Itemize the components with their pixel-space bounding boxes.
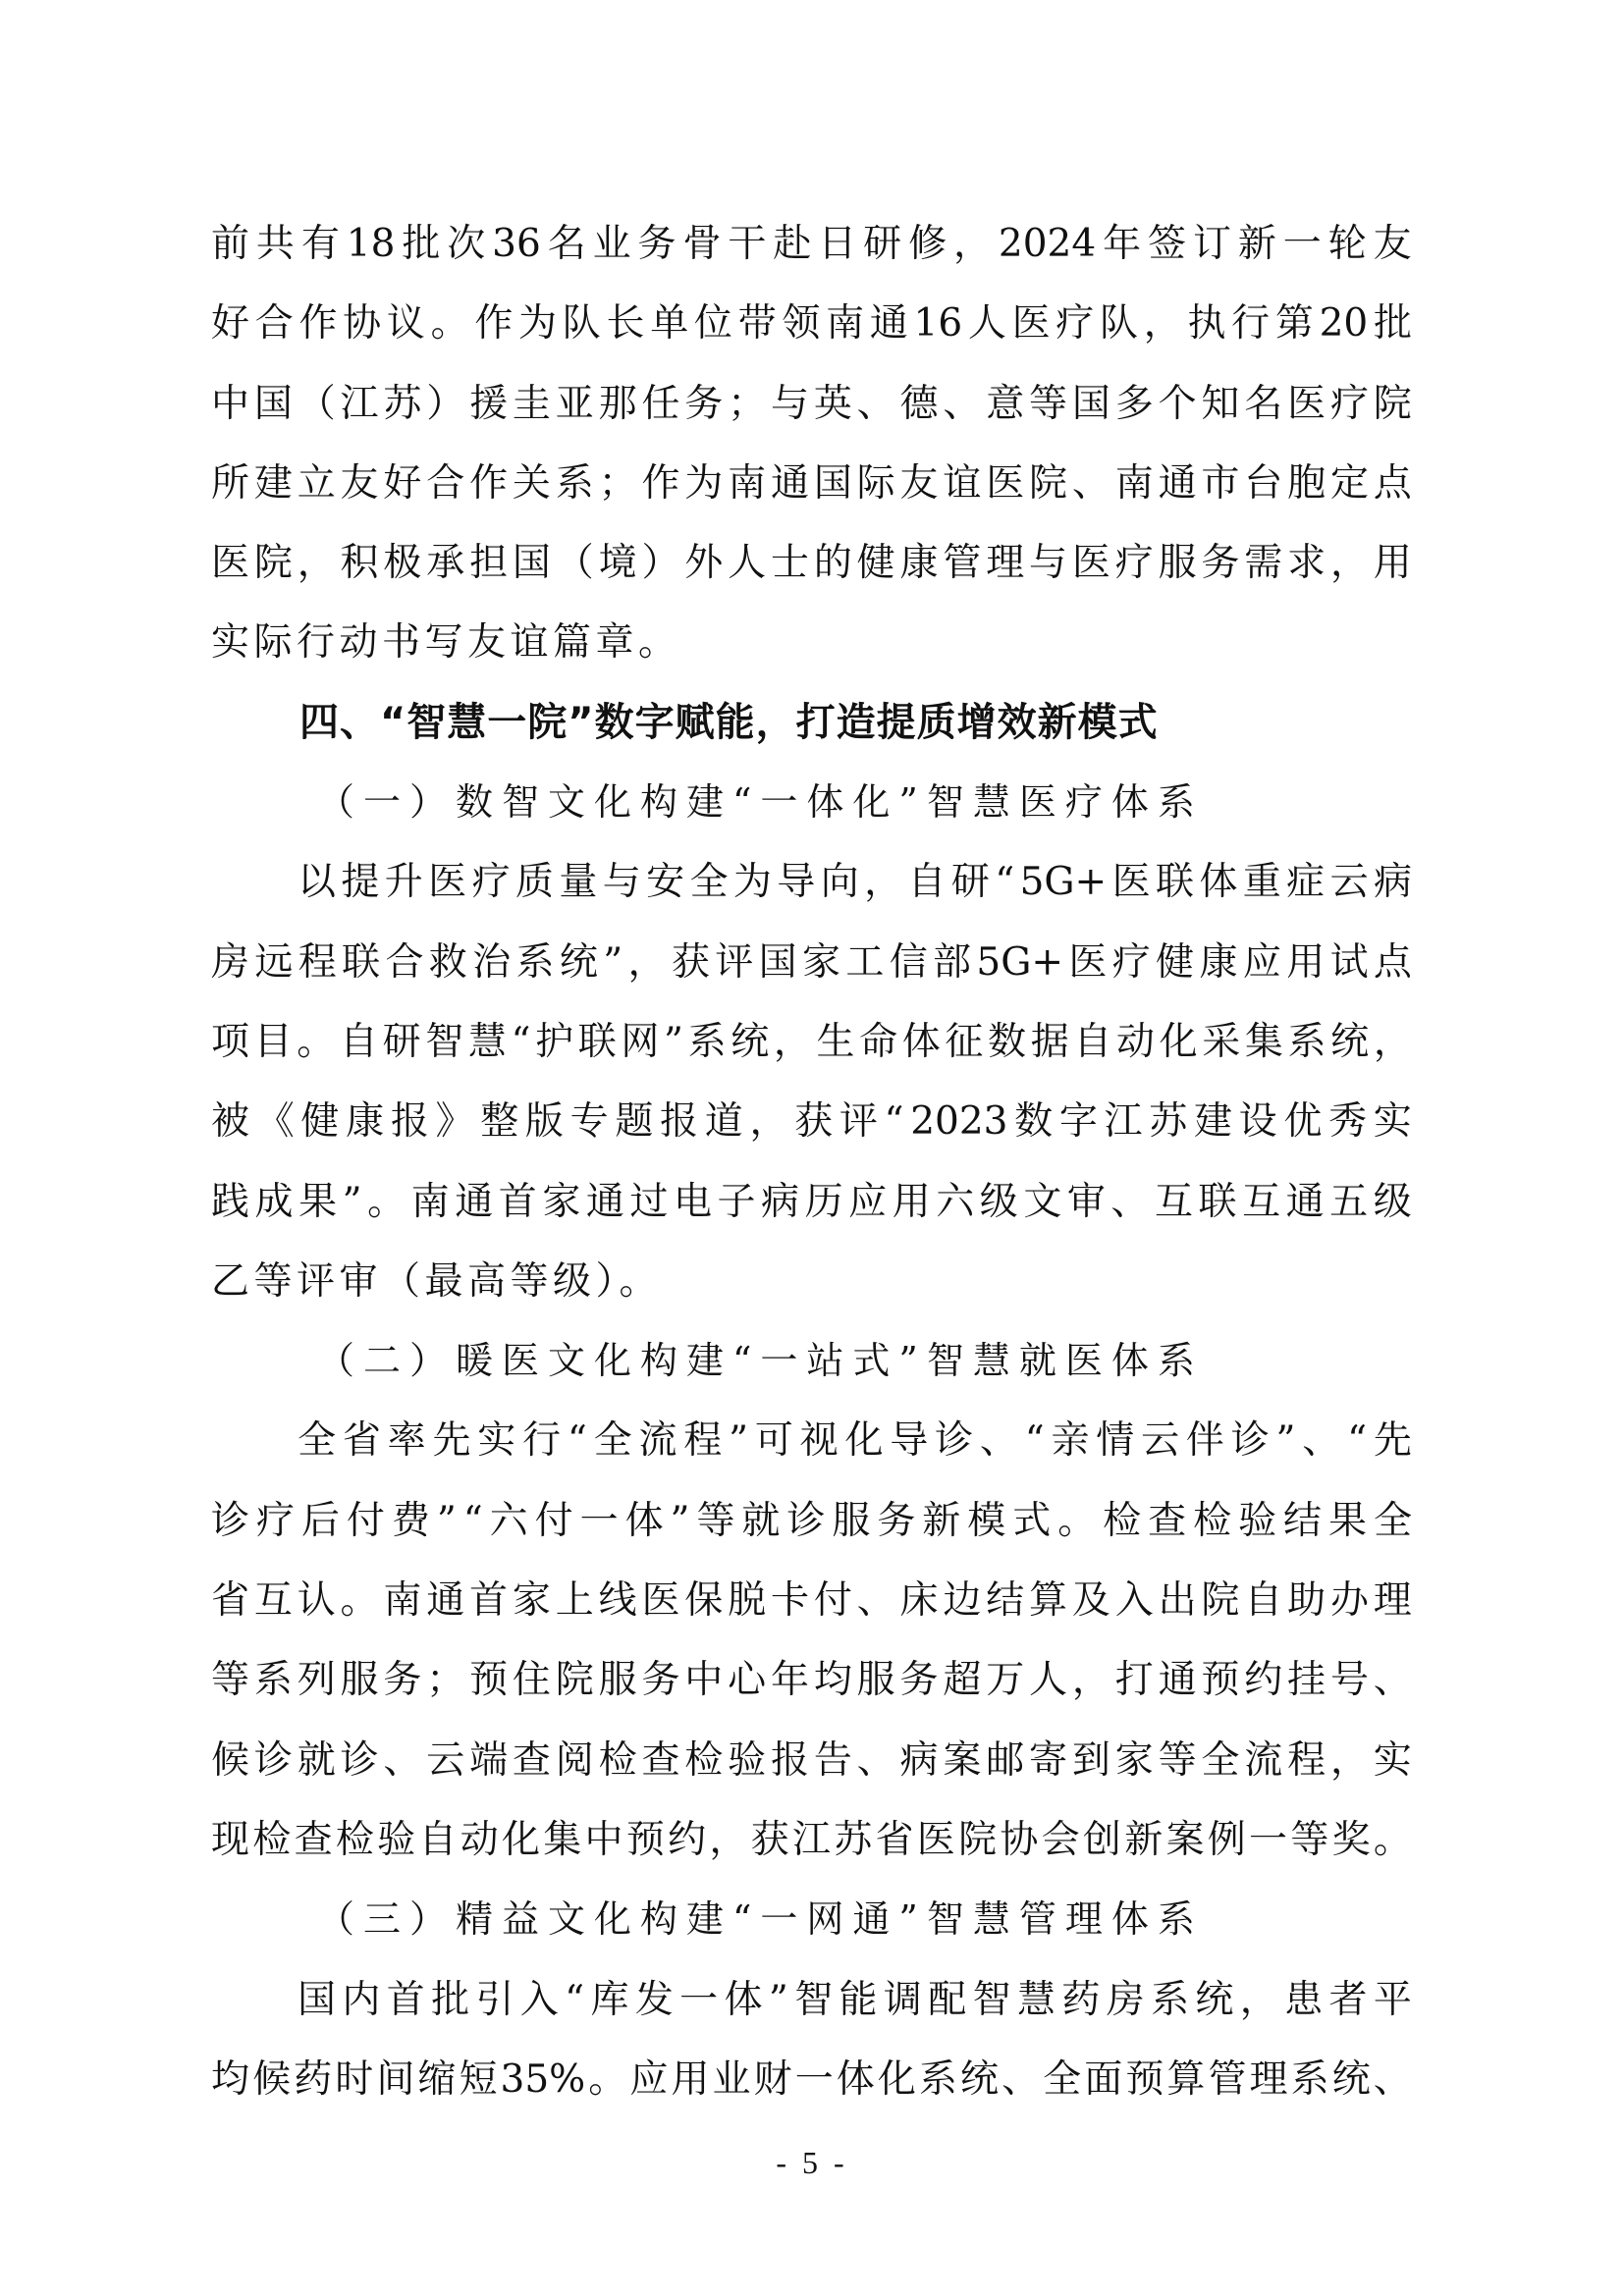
glyph: 《 [256,1082,295,1161]
glyph: 间 [376,2040,414,2119]
glyph: 优 [1283,1082,1322,1161]
glyph: 项 [211,1002,249,1082]
glyph: 研 [383,1002,421,1082]
glyph: 通 [1159,1640,1197,1720]
glyph: 房 [1107,1960,1145,2040]
glyph: 者 [1329,1960,1368,2040]
glyph: 云 [426,1721,464,1800]
glyph: 一 [1249,1800,1287,1880]
glyph: 新 [1124,1800,1163,1880]
glyph: 模 [967,1481,1005,1561]
glyph: 网 [621,1002,659,1082]
glyph: 程 [298,923,337,1002]
glyph: 均 [814,1640,852,1720]
glyph: ” [671,1481,690,1561]
glyph: 症 [1286,842,1325,922]
glyph: 关 [513,444,551,523]
glyph: 评 [715,923,753,1002]
glyph: 、 [857,1721,895,1800]
glyph: 化 [502,1800,540,1880]
glyph: 系 [516,923,555,1002]
glyph: ， [1144,284,1182,363]
glyph: ， [628,923,667,1002]
glyph: 预 [626,1800,665,1880]
glyph: ； [728,364,766,444]
glyph: 建 [254,444,293,523]
glyph: 体 [625,1481,664,1561]
glyph: 题 [615,1082,653,1161]
glyph: 出 [1159,1561,1197,1640]
glyph: ” [343,1162,362,1242]
glyph: 式 [1012,1481,1051,1561]
glyph: 实 [1374,1082,1412,1161]
glyph: 人 [968,284,1006,363]
glyph: 预 [1201,1640,1239,1720]
glyph: 系 [556,444,594,523]
glyph: 阅 [556,1721,594,1800]
paragraph-line: 诊疗后付费”“六付一体”等就诊服务新模式。检查检验结果全 [211,1481,1412,1561]
glyph: 成 [255,1162,294,1242]
glyph: 外 [684,523,723,603]
glyph: 所 [211,444,249,523]
glyph: 秀 [1328,1082,1367,1161]
glyph: 算 [1166,2040,1205,2119]
glyph: 理 [1374,1561,1412,1640]
glyph: 统 [1330,1002,1369,1082]
glyph: 作 [298,284,337,363]
glyph: 疗 [256,1481,295,1561]
glyph: 设 [1239,1082,1277,1161]
glyph: 质 [515,842,554,922]
glyph: 任 [641,364,679,444]
glyph: 作 [474,284,513,363]
glyph: “ [1025,1401,1045,1480]
glyph: 务 [877,1481,915,1561]
glyph: 用 [893,1162,931,1242]
glyph: 队 [1100,284,1138,363]
glyph: 康 [900,523,939,603]
glyph: 入 [1115,1561,1154,1640]
glyph: 边 [943,1561,981,1640]
glyph: 点 [1374,923,1412,1002]
glyph: 智 [425,1002,463,1082]
glyph: 六 [490,1481,528,1561]
glyph: 获 [794,1082,833,1161]
glyph: 、 [1110,1162,1149,1242]
glyph: 务 [638,204,677,284]
glyph: 系 [919,2040,957,2119]
glyph: 立 [298,444,336,523]
glyph: 新 [922,1481,960,1561]
glyph: 付 [535,1481,573,1561]
glyph: 行 [522,1401,561,1480]
glyph: 自 [907,842,946,922]
glyph: 队 [563,284,601,363]
glyph: 骨 [682,204,721,284]
glyph: 发 [635,1960,674,2040]
glyph: 疗 [472,842,511,922]
paragraph-line: 实际行动书写友谊篇章。 [211,603,1412,682]
glyph: 名 [1244,364,1282,444]
glyph: 上 [556,1561,594,1640]
glyph: 全 [690,842,729,922]
glyph: 省 [343,1401,381,1480]
glyph: 生 [816,1002,854,1082]
glyph: 会 [1042,1800,1080,1880]
glyph: 系 [1291,2040,1329,2119]
glyph: 理 [1250,2040,1288,2119]
glyph: 结 [1283,1481,1322,1561]
glyph: 查 [641,1721,679,1800]
glyph: 查 [513,1721,551,1800]
glyph: 级 [1374,1162,1412,1242]
glyph: ） [641,523,679,603]
glyph: 执 [1187,284,1225,363]
glyph: 统 [1195,1960,1233,2040]
glyph: 个 [1159,364,1197,444]
glyph: 以 [298,842,336,922]
glyph: 心 [728,1640,766,1720]
glyph: 自 [1073,1002,1111,1082]
glyph: 等 [1159,1721,1197,1800]
glyph: 化 [844,1401,883,1480]
glyph: 。 [1374,1800,1412,1880]
glyph: ” [769,1960,788,2040]
glyph: 第 [1275,284,1314,363]
glyph: 研 [951,842,990,922]
glyph: 系 [1151,1960,1189,2040]
glyph: （ [556,523,594,603]
glyph: 程 [1287,1721,1326,1800]
glyph: 应 [629,2040,668,2119]
glyph: 人 [728,523,766,603]
glyph: 轮 [1328,204,1367,284]
glyph: 自 [1244,1561,1282,1640]
glyph: 国 [759,923,797,1002]
glyph: 订 [1193,204,1231,284]
glyph: 药 [1061,1960,1100,2040]
glyph: 医 [1068,923,1107,1002]
glyph: 国 [1072,364,1110,444]
glyph: 服 [832,1481,870,1561]
glyph: 需 [1244,523,1282,603]
glyph: 动 [1116,1002,1155,1082]
paragraph-line: 现检查检验自动化集中预约，获江苏省医院协会创新案例一等奖。 [211,1800,1412,1880]
glyph: 案 [943,1721,981,1800]
glyph: 调 [884,1960,922,2040]
paragraph-line: 项目。自研智慧“护联网”系统，生命体征数据自动化采集系统， [211,1002,1412,1082]
glyph: 医 [1287,364,1326,444]
glyph: ， [953,204,992,284]
glyph: 报 [660,1082,698,1161]
glyph: 16 [914,284,963,363]
glyph: 医 [428,842,466,922]
glyph: 5G+ [976,923,1063,1002]
glyph: 查 [1148,1481,1186,1561]
glyph: 过 [629,1162,668,1242]
glyph: 一 [795,2040,834,2119]
glyph: 提 [341,842,379,922]
glyph: 诊 [254,1721,293,1800]
glyph: 。 [297,1002,335,1082]
glyph: 业 [593,204,631,284]
glyph: 建 [1194,1082,1232,1161]
glyph: “ [568,1401,587,1480]
glyph: 合 [385,923,423,1002]
glyph: 检 [336,1800,374,1880]
glyph: 士 [771,523,809,603]
glyph: 苏 [1149,1082,1187,1161]
glyph: 引 [475,1960,514,2040]
glyph: 五 [1329,1162,1368,1242]
glyph: 援 [469,364,508,444]
glyph: 、 [1302,1401,1340,1480]
glyph: 救 [429,923,467,1002]
glyph: 长 [606,284,644,363]
glyph: ） [426,364,464,444]
glyph: 流 [638,1401,677,1480]
glyph: 院 [958,1800,997,1880]
glyph: 院 [254,523,293,603]
glyph: 联 [578,1002,617,1082]
glyph: 子 [718,1162,756,1242]
glyph: 践 [211,1162,249,1242]
glyph: 集 [1245,1002,1283,1082]
paragraph-line: 候诊就诊、云端查阅检查检验报告、病案邮寄到家等全流程，实 [211,1721,1412,1800]
glyph: 全 [1043,2040,1081,2119]
glyph: 付 [347,1481,385,1561]
glyph: 六 [936,1162,974,1242]
glyph: 通 [1286,1162,1325,1242]
glyph: 服 [857,1640,895,1720]
glyph: “ [885,1082,904,1161]
glyph: 批 [402,204,440,284]
glyph: 日 [818,204,856,284]
glyph: 约 [1244,1640,1282,1720]
glyph: ； [426,1640,464,1720]
glyph: 率 [388,1401,426,1480]
glyph: ” [603,923,623,1002]
glyph: ， [1374,1002,1412,1082]
glyph: 房 [211,923,249,1002]
glyph: 家 [1115,1721,1154,1800]
glyph: 。 [1057,1481,1096,1561]
glyph: ； [599,444,637,523]
glyph: 、 [1374,1640,1412,1720]
glyph: 检 [252,1800,291,1880]
glyph: 一 [580,1481,619,1561]
glyph: 就 [298,1721,336,1800]
glyph: 、 [980,1401,1018,1480]
glyph: 国 [513,523,551,603]
glyph: 体 [837,2040,875,2119]
glyph: ， [1072,1640,1110,1720]
glyph: 报 [391,1082,429,1161]
glyph: 向 [821,842,859,922]
glyph: 统 [560,923,598,1002]
glyph: 例 [1208,1800,1246,1880]
glyph: 诊 [211,1481,249,1561]
glyph: ” [437,1481,457,1561]
glyph: 境 [599,523,637,603]
glyph: “ [463,1481,483,1561]
glyph: 积 [341,523,379,603]
glyph: 道 [705,1082,743,1161]
glyph: 通 [870,284,908,363]
glyph: 算 [1029,1561,1067,1640]
glyph: 院 [1374,364,1412,444]
glyph: 业 [713,2040,751,2119]
glyph: 统 [960,2040,999,2119]
glyph: 动 [460,1800,499,1880]
glyph: 办 [1330,1561,1369,1640]
glyph: 行 [1231,284,1270,363]
glyph: 病 [761,1162,799,1242]
glyph: 万 [986,1640,1024,1720]
glyph: 获 [751,1800,789,1880]
glyph: 评 [839,1082,878,1161]
glyph: 寄 [1029,1721,1067,1800]
glyph: 互 [1155,1162,1193,1242]
glyph: 康 [346,1082,384,1161]
glyph: 疗 [1056,284,1094,363]
glyph: 为 [733,842,772,922]
glyph: 就 [741,1481,780,1561]
glyph: 南 [411,1162,450,1242]
glyph: 全 [298,1401,336,1480]
glyph: “ [995,842,1014,922]
glyph: 采 [1202,1002,1240,1082]
glyph: 新 [1238,204,1276,284]
paragraph-line: 房远程联合救治系统”，获评国家工信部5G+医疗健康应用试点 [211,923,1412,1002]
glyph: 自 [418,1800,457,1880]
glyph: 检 [599,1721,637,1800]
glyph: 协 [343,284,381,363]
glyph: 信 [890,923,928,1002]
subheading: （三）精益文化构建“一网通”智慧管理体系 [211,1880,1412,1959]
glyph: 修 [908,204,947,284]
glyph: 打 [1115,1640,1154,1720]
glyph: 干 [728,204,766,284]
glyph: 批 [431,1960,469,2040]
glyph: 、 [1001,2040,1040,2119]
glyph: 互 [254,1561,293,1640]
glyph: 次 [447,204,485,284]
glyph: 用 [1374,523,1412,603]
glyph: 家 [802,923,840,1002]
glyph: 赴 [773,204,811,284]
glyph: 预 [1125,2040,1164,2119]
glyph: 省 [876,1800,914,1880]
glyph: 时 [335,2040,373,2119]
paragraph-line: 好合作协议。作为队长单位带领南通16人医疗队，执行第20批 [211,284,1412,363]
glyph: 好 [383,444,421,523]
glyph: 医 [1012,284,1051,363]
glyph: 南 [1115,444,1154,523]
glyph: 、 [1072,444,1110,523]
glyph: 、 [857,364,895,444]
glyph: 通 [426,1561,464,1640]
glyph: 那 [599,364,637,444]
glyph: 药 [294,2040,332,2119]
glyph: 一 [1283,204,1322,284]
glyph: 护 [535,1002,573,1082]
glyph: 用 [1286,923,1325,1002]
glyph: 。 [431,284,469,363]
glyph: 列 [298,1640,336,1720]
glyph: 端 [469,1721,508,1800]
glyph: 配 [928,1960,966,2040]
glyph: 协 [1000,1800,1038,1880]
glyph: 费 [392,1481,430,1561]
glyph: 南 [728,444,766,523]
glyph: 2023 [910,1082,1007,1161]
glyph: 系 [254,1640,293,1720]
glyph: 床 [900,1561,939,1640]
glyph: 国 [814,444,852,523]
glyph: 健 [857,523,895,603]
glyph: 财 [754,2040,792,2119]
glyph: 江 [1105,1082,1143,1161]
glyph: 康 [1199,923,1237,1002]
glyph: 务 [641,1640,679,1720]
glyph: 圭 [513,364,551,444]
glyph: 统 [1332,2040,1371,2119]
glyph: 服 [1159,523,1197,603]
glyph: ” [664,1002,683,1082]
glyph: ， [774,1002,812,1082]
glyph: 智 [794,1960,833,2040]
glyph: 候 [252,2040,291,2119]
glyph: 等 [1290,1800,1328,1880]
glyph: 多 [1115,364,1154,444]
glyph: 后 [301,1481,340,1561]
glyph: 可 [755,1401,793,1480]
glyph: “ [511,1002,530,1082]
glyph: 体 [902,1002,941,1082]
glyph: 智 [973,1960,1011,2040]
glyph: 命 [859,1002,897,1082]
glyph: 挂 [1287,1640,1326,1720]
glyph: 务 [1201,523,1239,603]
glyph: 疗 [1112,923,1151,1002]
glyph: 互 [1242,1162,1280,1242]
glyph: 亲 [1051,1401,1089,1480]
glyph: 版 [525,1082,564,1161]
glyph: 一 [679,1960,718,2040]
glyph: 云 [1141,1401,1179,1480]
glyph: 及 [1072,1561,1110,1640]
glyph: 部 [933,923,971,1002]
glyph: 征 [945,1002,983,1082]
glyph: ， [709,1800,747,1880]
glyph: 首 [469,1561,508,1640]
glyph: 平 [1374,1960,1412,2040]
glyph: “ [1347,1401,1367,1480]
glyph: 英 [814,364,852,444]
glyph: 付 [814,1561,852,1640]
glyph: 化 [1160,1002,1198,1082]
glyph: 首 [499,1162,537,1242]
glyph: 知 [1201,364,1239,444]
glyph: 名 [548,204,586,284]
glyph: 管 [943,523,981,603]
glyph: 通 [1159,444,1197,523]
glyph: 研 [863,204,901,284]
glyph: 中 [211,364,249,444]
glyph: 国 [254,364,293,444]
paragraph-line: 践成果”。南通首家通过电子病历应用六级文审、互联互通五级 [211,1162,1412,1242]
